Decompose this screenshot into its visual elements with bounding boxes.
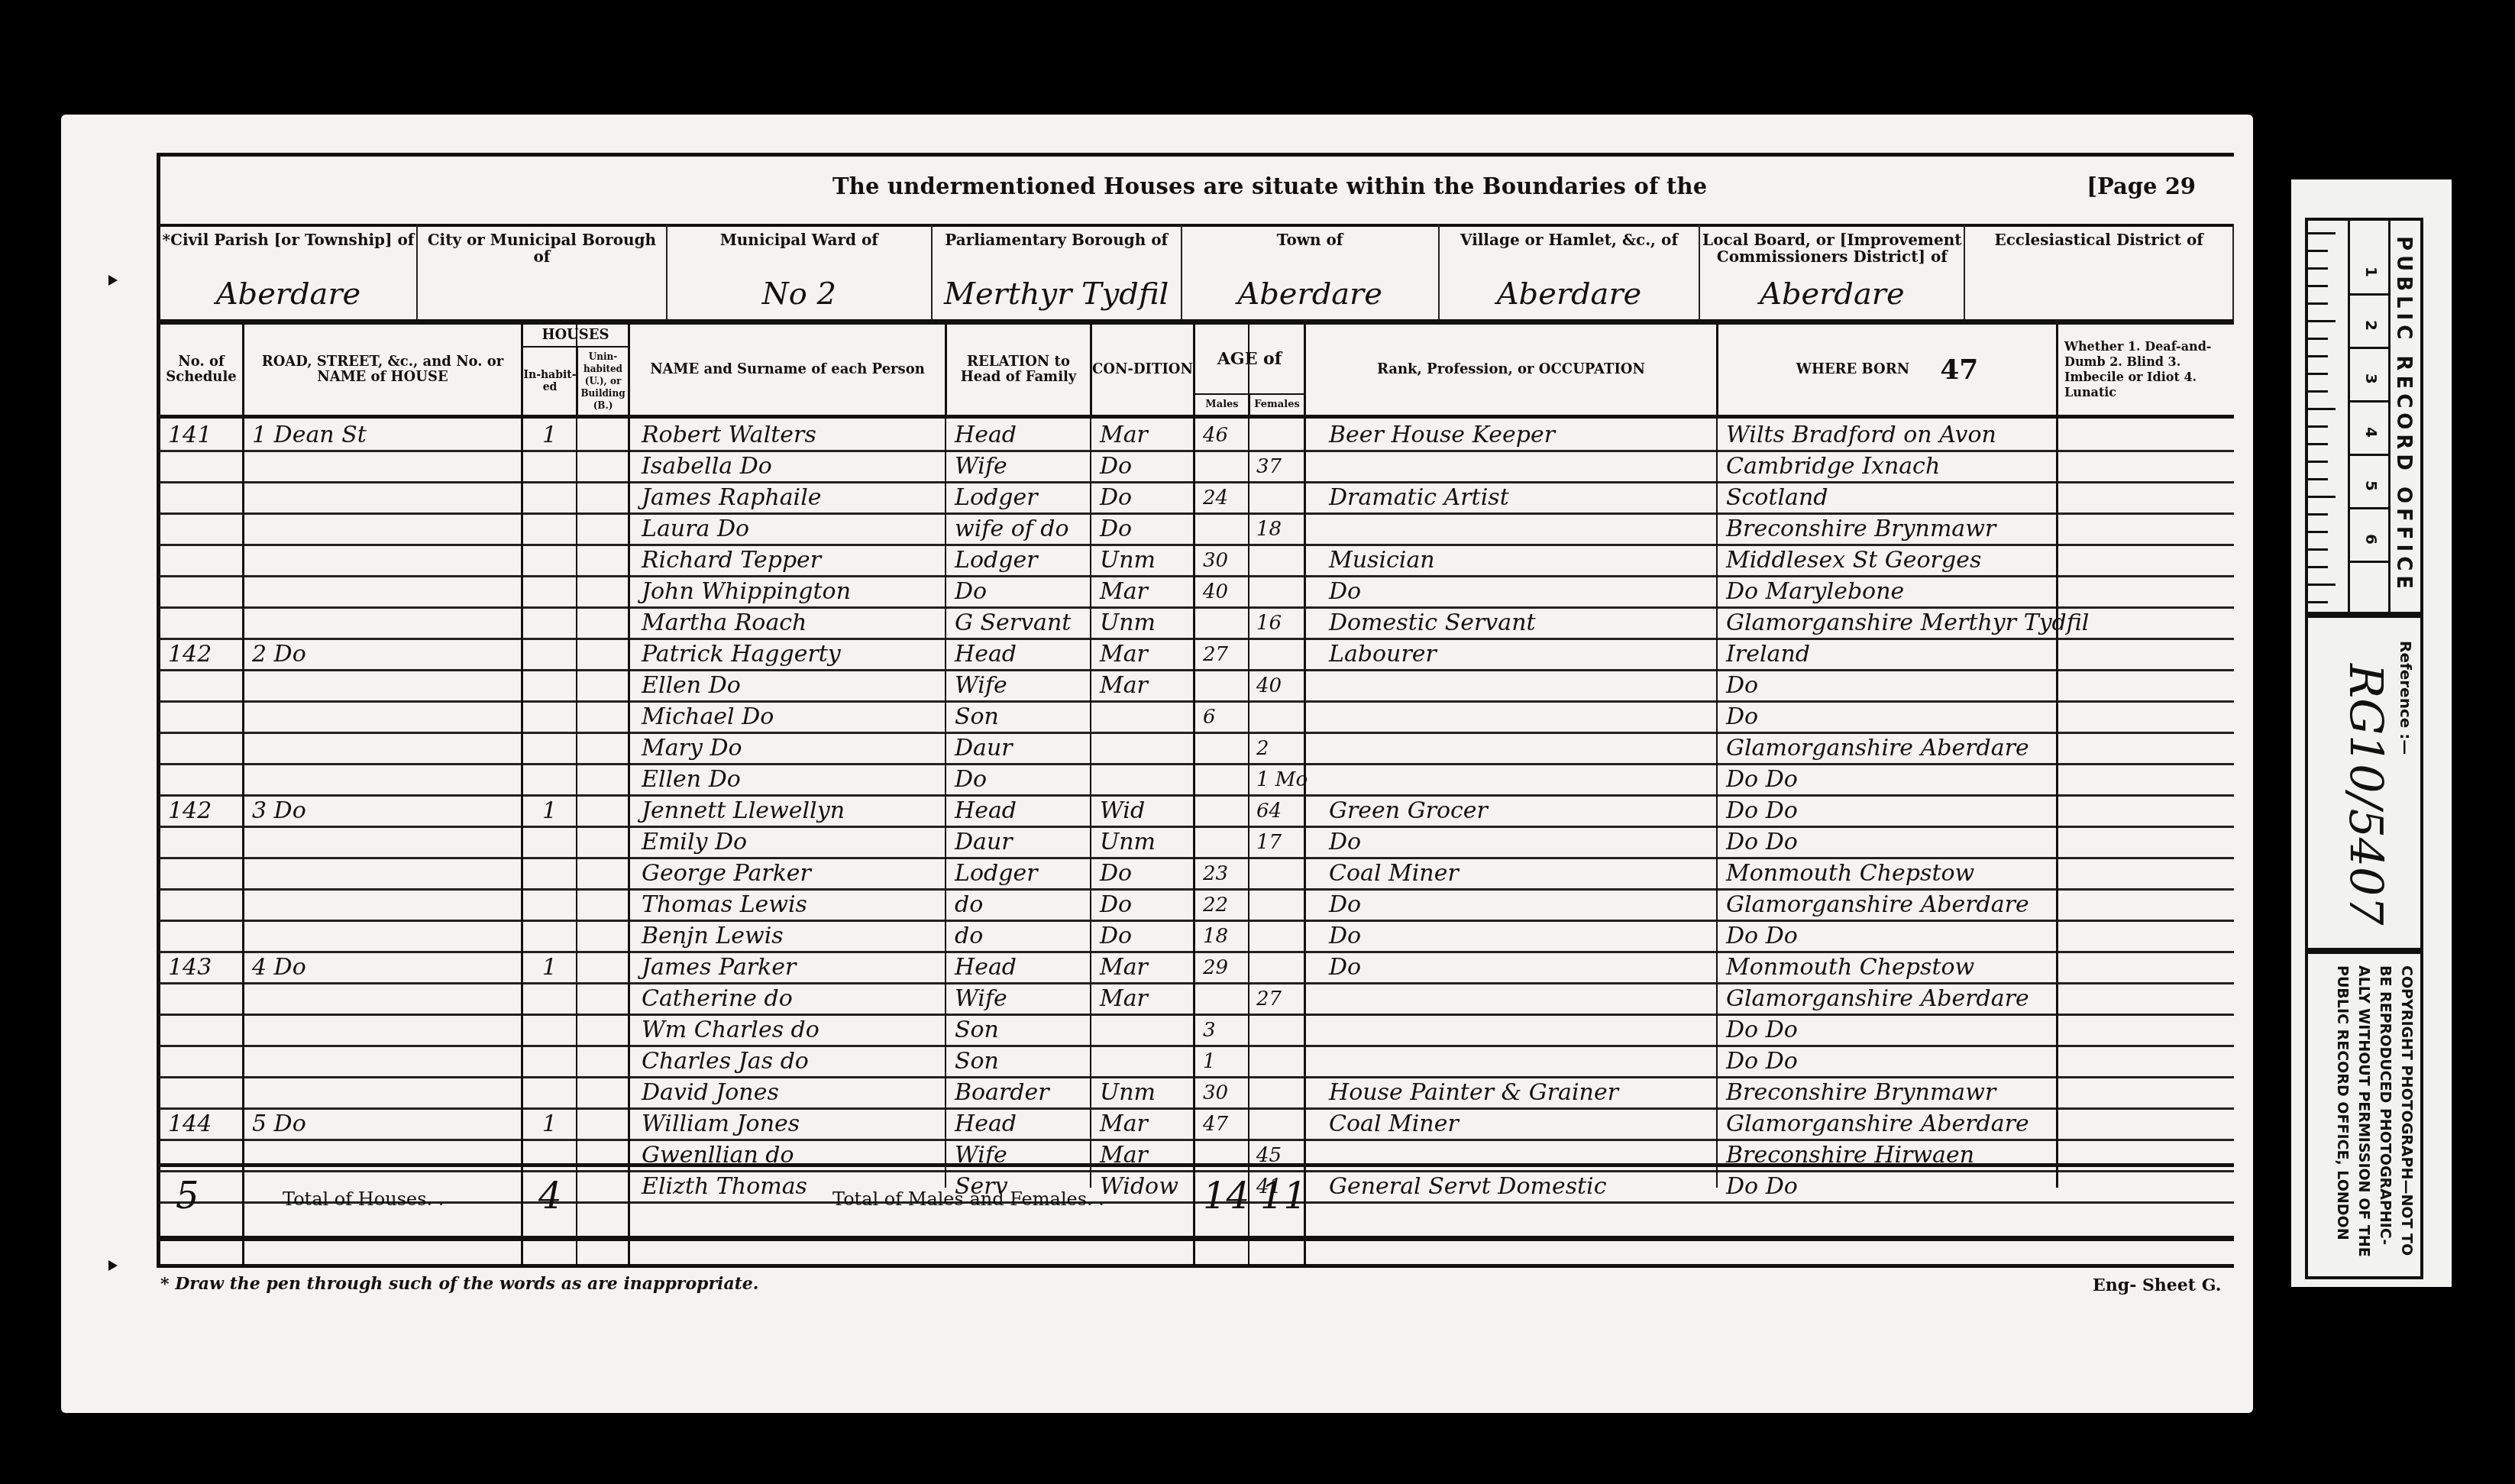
person-name: James Raphaile: [642, 481, 822, 512]
relation: wife of do: [955, 512, 1069, 544]
male-age: 23: [1203, 857, 1228, 888]
table-row: Emily DoDaurUnm17DoDo Do: [160, 826, 2234, 859]
female-age: 40: [1256, 669, 1282, 700]
where-born: Do: [1726, 700, 1758, 732]
address: 2 Do: [252, 638, 306, 669]
condition: Mar: [1100, 638, 1148, 669]
person-name: David Jones: [642, 1076, 779, 1107]
occupation: Do: [1329, 920, 1361, 951]
table-row: Ellen DoWifeMar40Do: [160, 669, 2234, 703]
margin-arrow-icon: [108, 1260, 118, 1271]
condition: Do: [1100, 920, 1132, 951]
reference-box: Reference :— RG10/5407: [2305, 615, 2423, 951]
copyright-line: BE REPRODUCED PHOTOGRAPHIC-: [2377, 965, 2394, 1245]
schedule-number: 141: [168, 419, 212, 450]
where-born: Do Do: [1726, 1045, 1798, 1076]
person-name: Michael Do: [642, 700, 774, 732]
where-born: Monmouth Chepstow: [1726, 951, 1974, 982]
ruler-tick: [2308, 302, 2328, 305]
inhabited-count: 1: [542, 951, 557, 982]
inhabited-count: 1: [542, 419, 557, 450]
relation: Do: [955, 763, 987, 794]
occupation: Coal Miner: [1329, 857, 1459, 888]
condition: Mar: [1100, 669, 1148, 700]
male-age: 18: [1203, 920, 1228, 951]
male-age: 6: [1203, 700, 1216, 732]
where-born: Glamorganshire Aberdare: [1726, 888, 2029, 920]
col-condition: CON-DITION: [1092, 325, 1195, 415]
relation: Daur: [955, 732, 1013, 763]
relation: Lodger: [955, 544, 1038, 575]
where-born: Wilts Bradford on Avon: [1726, 419, 1996, 450]
col-males: Males: [1195, 395, 1250, 415]
ruler-tick: [2308, 443, 2328, 445]
boundary-cell: Parliamentary Borough of Merthyr Tydfil: [933, 224, 1182, 319]
relation: do: [955, 888, 983, 920]
col-name: NAME and Surname of each Person: [630, 325, 947, 415]
male-age: 29: [1203, 951, 1228, 982]
ruler-tick: [2308, 373, 2328, 375]
rule: [242, 325, 244, 1264]
form-title: The undermentioned Houses are situate wi…: [832, 173, 1707, 199]
person-name: Laura Do: [642, 512, 749, 544]
relation: Wife: [955, 982, 1007, 1014]
rule: [1716, 325, 1718, 1188]
boundary-cell: Local Board, or [Improvement Commissione…: [1700, 224, 1965, 319]
boundary-cell: Town of Aberdare: [1182, 224, 1440, 319]
rule: [521, 325, 523, 1264]
occupation: Dramatic Artist: [1329, 481, 1509, 512]
occupation: Do: [1329, 575, 1361, 606]
sheet-id: Eng- Sheet G.: [2093, 1275, 2221, 1295]
where-born: Glamorganshire Aberdare: [1726, 982, 2029, 1014]
male-age: 3: [1203, 1014, 1216, 1045]
male-age: 46: [1203, 419, 1228, 450]
boundary-label: City or Municipal Borough of: [418, 231, 666, 265]
table-row: James RaphaileLodgerDo24Dramatic ArtistS…: [160, 481, 2234, 515]
where-born: Breconshire Brynmawr: [1726, 512, 1996, 544]
person-name: Charles Jas do: [642, 1045, 809, 1076]
relation: Wife: [955, 669, 1007, 700]
ruler-tick: [2308, 250, 2328, 252]
where-born: Do Do: [1726, 763, 1798, 794]
footnote: * Draw the pen through such of the words…: [160, 1274, 759, 1294]
table-row: Martha RoachG ServantUnm16Domestic Serva…: [160, 606, 2234, 640]
ruler-number: 6: [2362, 534, 2381, 545]
female-age: 17: [1256, 826, 1282, 857]
schedule-number: 142: [168, 638, 212, 669]
relation: Son: [955, 700, 999, 732]
col-inhabited: In-habit-ed: [523, 348, 578, 415]
rule: [1304, 325, 1306, 1264]
person-name: George Parker: [642, 857, 811, 888]
occupation: House Painter & Grainer: [1329, 1076, 1618, 1107]
occupation: Do: [1329, 951, 1361, 982]
col-females: Females: [1250, 395, 1304, 415]
male-age: 30: [1203, 544, 1228, 575]
male-age: 22: [1203, 888, 1228, 920]
condition: Do: [1100, 512, 1132, 544]
ruler-tick: [2308, 232, 2336, 234]
houses-total-label: Total of Houses. .: [283, 1188, 444, 1210]
female-age: 1 Mo: [1256, 763, 1308, 794]
table-row: Catherine doWifeMar27Glamorganshire Aber…: [160, 982, 2234, 1016]
condition: Unm: [1100, 544, 1156, 575]
boundary-label: Local Board, or [Improvement Commissione…: [1700, 231, 1964, 265]
where-born: Cambridge Ixnach: [1726, 450, 1940, 481]
table-row: David JonesBoarderUnm30House Painter & G…: [160, 1076, 2234, 1110]
rule: [1193, 325, 1195, 1264]
relation: G Servant: [955, 606, 1071, 638]
relation: Boarder: [955, 1076, 1049, 1107]
person-name: Wm Charles do: [642, 1014, 819, 1045]
condition: Unm: [1100, 1076, 1156, 1107]
relation: Head: [955, 794, 1017, 826]
condition: Do: [1100, 857, 1132, 888]
table-header: No. of Schedule ROAD, STREET, &c., and N…: [160, 325, 2234, 419]
ruler-tick: [2308, 513, 2328, 516]
occupation: Coal Miner: [1329, 1107, 1459, 1139]
stamp-number: 47: [1940, 362, 1978, 377]
ruler-tick: [2308, 566, 2328, 568]
person-name: John Whippington: [642, 575, 851, 606]
person-name: Ellen Do: [642, 763, 741, 794]
occupation: Domestic Servant: [1329, 606, 1536, 638]
col-age: AGE of Males Females: [1195, 325, 1306, 415]
where-born: Glamorganshire Aberdare: [1726, 732, 2029, 763]
person-name: Emily Do: [642, 826, 747, 857]
person-name: Isabella Do: [642, 450, 772, 481]
ruler-number: 4: [2362, 427, 2381, 438]
relation: Daur: [955, 826, 1013, 857]
boundary-label: Village or Hamlet, &c., of: [1440, 231, 1699, 248]
where-born: Breconshire Brynmawr: [1726, 1076, 1996, 1107]
boundary-value: Aberdare: [160, 276, 416, 312]
person-name: Jennett Llewellyn: [642, 794, 845, 826]
where-born: Do: [1726, 669, 1758, 700]
condition: Wid: [1100, 794, 1145, 826]
ruler-tick: [2308, 390, 2328, 393]
col-relation: RELATION to Head of Family: [947, 325, 1092, 415]
where-born: Glamorganshire Merthyr Tydfil: [1726, 606, 2089, 638]
condition: Unm: [1100, 826, 1156, 857]
relation: Son: [955, 1045, 999, 1076]
condition: Do: [1100, 888, 1132, 920]
ruler-number: 2: [2362, 320, 2381, 331]
rule: [576, 325, 577, 1264]
condition: Do: [1100, 481, 1132, 512]
relation: Head: [955, 951, 1017, 982]
rule: [2056, 325, 2058, 1188]
office-label: PUBLIC RECORD OFFICE: [2392, 236, 2415, 593]
female-age: 27: [1256, 982, 1282, 1014]
col-occupation: Rank, Profession, or OCCUPATION: [1306, 325, 1718, 415]
where-born: Monmouth Chepstow: [1726, 857, 1974, 888]
table-row: Wm Charles doSon3Do Do: [160, 1014, 2234, 1047]
where-born: Do Do: [1726, 826, 1798, 857]
where-born: Glamorganshire Aberdare: [1726, 1107, 2029, 1139]
col-schedule: No. of Schedule: [160, 325, 244, 415]
ruler-tick: [2308, 320, 2336, 322]
schedules-count: 5: [176, 1175, 199, 1217]
condition: Unm: [1100, 606, 1156, 638]
person-name: Thomas Lewis: [642, 888, 807, 920]
boundary-cell: Municipal Ward of No 2: [668, 224, 933, 319]
relation: do: [955, 920, 983, 951]
male-age: 27: [1203, 638, 1228, 669]
address: 5 Do: [252, 1107, 306, 1139]
ruler-tick: [2308, 461, 2328, 463]
ruler-tick: [2308, 601, 2328, 603]
ruler-tick: [2308, 338, 2328, 340]
relation: Lodger: [955, 857, 1038, 888]
female-age: 64: [1256, 794, 1282, 826]
boundary-label: Parliamentary Borough of: [933, 231, 1181, 248]
condition: Do: [1100, 450, 1132, 481]
copyright-box: COPYRIGHT PHOTOGRAPH—NOT TOBE REPRODUCED…: [2305, 951, 2423, 1279]
form-title-bar: The undermentioned Houses are situate wi…: [160, 157, 2234, 227]
relation: Head: [955, 419, 1017, 450]
ruler-tick: [2308, 355, 2328, 357]
person-name: Patrick Haggerty: [642, 638, 841, 669]
condition: Mar: [1100, 1107, 1148, 1139]
occupation: Green Grocer: [1329, 794, 1488, 826]
table-row: Richard TepperLodgerUnm30MusicianMiddles…: [160, 544, 2234, 577]
table-row: 1422 DoPatrick HaggertyHeadMar27Labourer…: [160, 638, 2234, 671]
relation: Wife: [955, 450, 1007, 481]
table-row: Laura Dowife of doDo18Breconshire Brynma…: [160, 512, 2234, 546]
female-age: 2: [1256, 732, 1269, 763]
boundary-value: Aberdare: [1182, 276, 1438, 312]
reference-label: Reference :—: [2397, 641, 2415, 755]
where-born: Middlesex St Georges: [1726, 544, 1981, 575]
occupation: Do: [1329, 826, 1361, 857]
table-row: Charles Jas doSon1Do Do: [160, 1045, 2234, 1078]
table-row: Thomas LewisdoDo22DoGlamorganshire Aberd…: [160, 888, 2234, 922]
page-number: [Page 29: [2087, 173, 2196, 199]
inhabited-count: 1: [542, 794, 557, 826]
address: 3 Do: [252, 794, 306, 826]
table-row: Michael DoSon6Do: [160, 700, 2234, 734]
houses-total: 4: [538, 1175, 562, 1217]
copyright-line: COPYRIGHT PHOTOGRAPH—NOT TO: [2398, 965, 2415, 1256]
inhabited-count: 1: [542, 1107, 557, 1139]
male-age: 40: [1203, 575, 1228, 606]
rule: [1090, 325, 1091, 1188]
boundary-label: Town of: [1182, 231, 1438, 248]
relation: Do: [955, 575, 987, 606]
table-row: 1434 Do1James ParkerHeadMar29DoMonmouth …: [160, 951, 2234, 984]
record-office-strip: PUBLIC RECORD OFFICE 123456 Reference :—…: [2291, 179, 2452, 1287]
col-infirmity: Whether 1. Deaf-and-Dumb 2. Blind 3. Imb…: [2058, 325, 2238, 415]
table-row: Ellen DoDo1 MoDo Do: [160, 763, 2234, 797]
table-row: Benjn LewisdoDo18DoDo Do: [160, 920, 2234, 953]
table-row: John WhippingtonDoMar40DoDo Marylebone: [160, 575, 2234, 609]
ruler-tick: [2308, 285, 2328, 287]
relation: Lodger: [955, 481, 1038, 512]
where-born: Scotland: [1726, 481, 1828, 512]
person-name: Richard Tepper: [642, 544, 821, 575]
ruler-number: 5: [2362, 480, 2381, 491]
rule: [1248, 325, 1249, 1264]
ruler-box: PUBLIC RECORD OFFICE 123456: [2305, 218, 2423, 615]
occupation: Musician: [1329, 544, 1435, 575]
boundary-label: Municipal Ward of: [668, 231, 931, 248]
person-name: William Jones: [642, 1107, 800, 1139]
persons-total-label: Total of Males and Females. .: [832, 1188, 1104, 1210]
boundary-value: Merthyr Tydfil: [933, 276, 1181, 312]
female-age: 37: [1256, 450, 1282, 481]
table-row: 1423 Do1Jennett LlewellynHeadWid64Green …: [160, 794, 2234, 828]
where-born: Do Do: [1726, 794, 1798, 826]
condition: Mar: [1100, 419, 1148, 450]
occupation: Do: [1329, 888, 1361, 920]
person-name: Martha Roach: [642, 606, 807, 638]
male-age: 24: [1203, 481, 1228, 512]
margin-arrow-icon: [108, 275, 118, 286]
boundary-value: Aberdare: [1700, 276, 1964, 312]
person-name: Robert Walters: [642, 419, 816, 450]
ruler-tick: [2308, 478, 2328, 480]
schedule-number: 144: [168, 1107, 212, 1139]
boundary-label: *Civil Parish [or Township] of: [160, 231, 416, 248]
male-age: 30: [1203, 1076, 1228, 1107]
relation: Head: [955, 1107, 1017, 1139]
condition: Mar: [1100, 982, 1148, 1014]
table-row: Isabella DoWifeDo37Cambridge Ixnach: [160, 450, 2234, 483]
ruler-tick: [2308, 496, 2336, 498]
condition: Mar: [1100, 951, 1148, 982]
male-age: 1: [1203, 1045, 1216, 1076]
ruler-number: 3: [2362, 373, 2381, 384]
col-uninhabited: Unin-habited (U.), or Building (B.): [578, 348, 628, 415]
condition: Mar: [1100, 575, 1148, 606]
reference-value: RG10/5407: [2339, 664, 2392, 925]
females-total: 11: [1260, 1175, 1307, 1217]
table-row: George ParkerLodgerDo23Coal MinerMonmout…: [160, 857, 2234, 891]
census-form: The undermentioned Houses are situate wi…: [157, 153, 2234, 1268]
where-born: Do Marylebone: [1726, 575, 1904, 606]
person-name: James Parker: [642, 951, 796, 982]
ruler-tick: [2308, 408, 2336, 410]
person-name: Benjn Lewis: [642, 920, 784, 951]
copyright-line: PUBLIC RECORD OFFICE, LONDON: [2334, 965, 2351, 1240]
census-sheet: The undermentioned Houses are situate wi…: [61, 115, 2253, 1413]
female-age: 16: [1256, 606, 1282, 638]
ruler-tick: [2308, 267, 2328, 270]
totals-row: 5 Total of Houses. . 4 Total of Males an…: [160, 1163, 2234, 1241]
rule: [945, 325, 946, 1188]
table-row: Mary DoDaur2Glamorganshire Aberdare: [160, 732, 2234, 765]
boundary-value: No 2: [668, 276, 931, 312]
where-born: Do Do: [1726, 1014, 1798, 1045]
boundary-cell: Ecclesiastical District of: [1965, 224, 2234, 319]
table-row: 1445 Do1William JonesHeadMar47Coal Miner…: [160, 1107, 2234, 1141]
where-born: Do Do: [1726, 920, 1798, 951]
relation: Head: [955, 638, 1017, 669]
female-age: 18: [1256, 512, 1282, 544]
ruler-tick: [2308, 548, 2328, 551]
boundary-value: Aberdare: [1440, 276, 1699, 312]
boundary-cell: *Civil Parish [or Township] of Aberdare: [160, 224, 418, 319]
boundary-cell: Village or Hamlet, &c., of Aberdare: [1440, 224, 1701, 319]
where-born: Ireland: [1726, 638, 1810, 669]
table-row: 1411 Dean St1Robert WaltersHeadMar46Beer…: [160, 419, 2234, 452]
males-total: 14: [1203, 1175, 1249, 1217]
ruler-tick: [2308, 584, 2336, 586]
relation: Son: [955, 1014, 999, 1045]
male-age: 47: [1203, 1107, 1228, 1139]
schedule-number: 143: [168, 951, 212, 982]
col-road: ROAD, STREET, &c., and No. or NAME of HO…: [244, 325, 523, 415]
rule: [628, 325, 630, 1264]
boundaries-row: *Civil Parish [or Township] of AberdareC…: [160, 224, 2234, 325]
copyright-line: ALLY WITHOUT PERMISSION OF THE: [2355, 965, 2372, 1257]
ruler-number: 1: [2362, 267, 2381, 277]
occupation: Beer House Keeper: [1329, 419, 1555, 450]
person-name: Mary Do: [642, 732, 742, 763]
age-label: AGE of: [1217, 325, 1282, 393]
ruler-tick: [2308, 425, 2328, 428]
boundary-label: Ecclesiastical District of: [1965, 231, 2232, 248]
person-name: Catherine do: [642, 982, 793, 1014]
occupation: Labourer: [1329, 638, 1437, 669]
schedule-number: 142: [168, 794, 212, 826]
col-where-born: WHERE BORN 47: [1718, 325, 2058, 415]
address: 4 Do: [252, 951, 306, 982]
address: 1 Dean St: [252, 419, 367, 450]
where-born-label: WHERE BORN: [1796, 362, 1910, 377]
boundary-cell: City or Municipal Borough of: [418, 224, 668, 319]
ruler-tick: [2308, 531, 2328, 533]
person-name: Ellen Do: [642, 669, 741, 700]
